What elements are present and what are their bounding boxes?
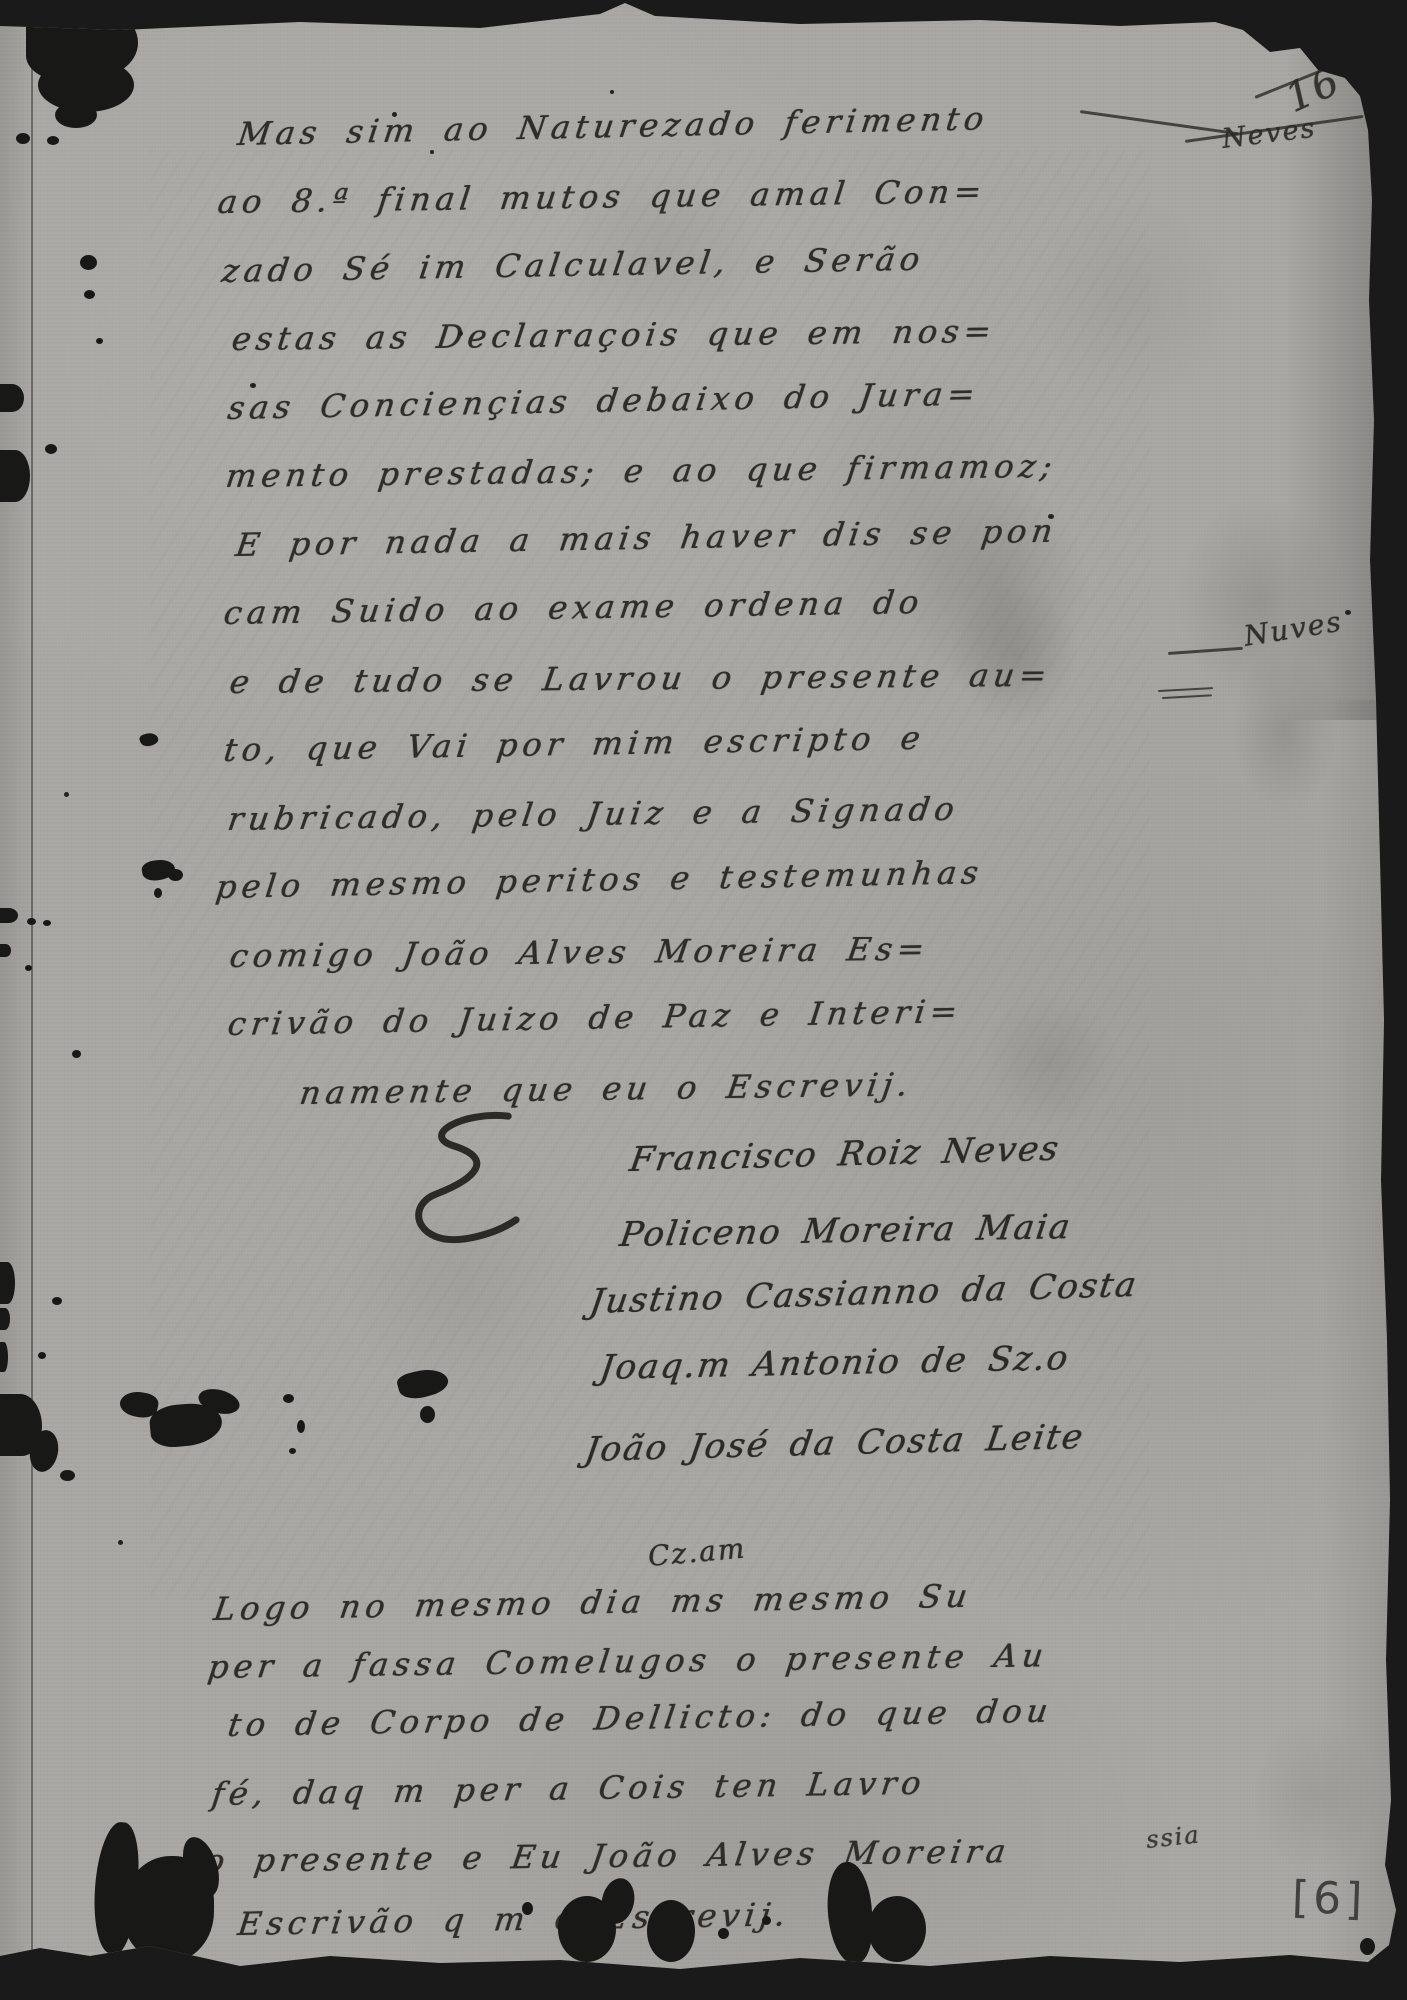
speck [250,383,256,388]
ink-blot [38,1352,46,1359]
manuscript-line: comigo João Alves Moreira Es= [227,930,932,975]
manuscript-page: Mas sim ao Naturezado ferimento ao 8.ª f… [0,0,1407,2000]
manuscript-line: e de tudo se Lavrou o presente au= [227,656,1054,701]
ink-blot [420,1406,435,1423]
manuscript-line: Mas sim ao Naturezado ferimento [235,99,991,153]
speck [118,1540,123,1545]
ink-blot [283,1394,294,1403]
ink-blot [1360,1938,1375,1955]
ink-blot [0,1262,15,1304]
signature: Policeno Moreira Maia [617,1207,1074,1255]
speck [1048,514,1054,519]
stain [960,970,1140,1150]
ink-blot [294,0,308,7]
ink-blot [55,102,97,128]
pen-flourish [393,1101,558,1266]
speck [64,792,69,797]
speck [392,112,397,117]
speck [610,90,614,94]
closing-line: fé, daq m per a Cois ten Lavro [210,1764,928,1813]
ink-blot [0,944,11,957]
speck [430,150,434,154]
speck [458,331,463,336]
ink-blot [47,136,59,145]
ink-blot [43,920,51,926]
closing-line: o presente e Eu João Alves Moreira [202,1832,1013,1880]
text-fragment: ssia [1145,1820,1202,1854]
stain [990,160,1270,440]
archival-page-number: [6] [1291,1872,1367,1926]
scanned-document: Mas sim ao Naturezado ferimento ao 8.ª f… [0,0,1407,2000]
ink-blot [297,1420,305,1433]
binding-edge-shade [0,0,30,2000]
ink-blot [84,290,95,299]
ink-blot [0,450,30,502]
ink-blot [0,384,24,412]
ink-blot [718,1928,729,1939]
ink-blot [45,444,57,454]
manuscript-line: estas as Declaraçois que em nos= [230,312,999,358]
closing-line: to de Corpo de Dellicto: do que dou [225,1692,1055,1744]
ink-blot [0,1342,8,1372]
stain [1215,620,1355,840]
ink-blot [522,1902,533,1915]
ink-blot [868,1896,926,1962]
ink-blot [25,965,32,971]
ink-blot [647,1900,695,1962]
fold-line [31,0,33,2000]
ink-blot [0,1308,10,1330]
ink-blot [154,888,162,898]
ink-blot [0,908,18,923]
ink-blot [72,1050,81,1058]
pen-stroke [1080,110,1239,135]
speck [1345,610,1351,615]
stain [1230,1690,1400,1900]
closing-line: per a fassa Comelugos o presente Au [206,1636,1051,1686]
ink-blot [762,1916,771,1925]
ink-blot [52,1297,62,1305]
ink-blot [96,338,103,344]
ink-blot [168,869,183,881]
ink-blot [80,255,97,270]
ink-blot [824,1861,875,1966]
closing-line: Escrivão q m o Escrevij. [236,1895,793,1943]
ink-blot [16,133,30,144]
ink-blot [60,1470,75,1481]
ink-blot [289,1448,296,1454]
ink-blot [27,918,36,925]
